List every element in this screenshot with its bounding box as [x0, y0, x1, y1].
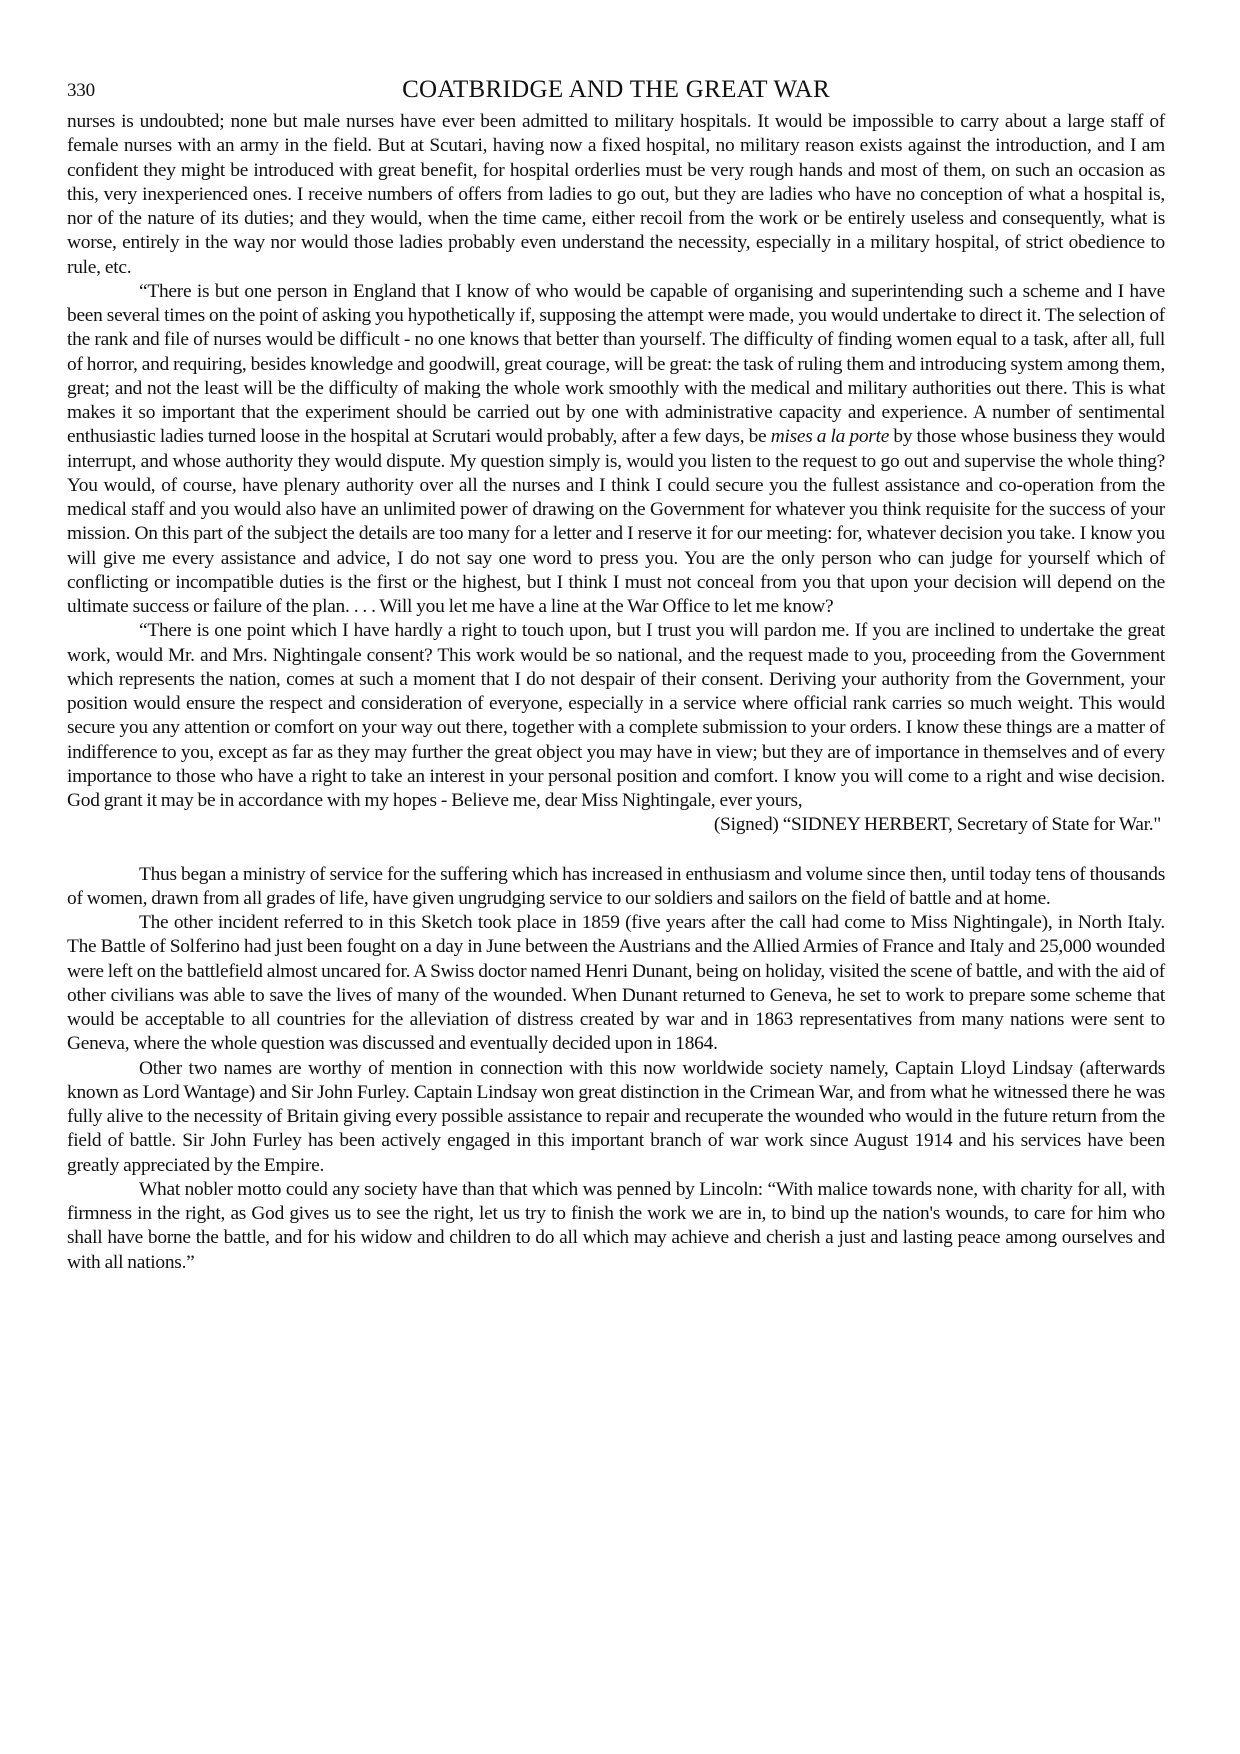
narrative-paragraph-3: Other two names are worthy of mention in… — [67, 1057, 1165, 1178]
italic-phrase: mises a la porte — [771, 426, 889, 447]
section-gap — [67, 838, 1165, 863]
letter-paragraph-1: nurses is undoubted; none but male nurse… — [67, 110, 1165, 280]
letter-paragraph-2: “There is but one person in England that… — [67, 280, 1165, 620]
body-text: nurses is undoubted; none but male nurse… — [67, 110, 1165, 1275]
letter-paragraph-2-part-1: “There is but one person in England that… — [67, 281, 1165, 448]
letter-paragraph-2-part-2: by those whose business they would inter… — [67, 426, 1165, 617]
narrative-paragraph-2: The other incident referred to in this S… — [67, 911, 1165, 1057]
narrative-paragraph-1: Thus began a ministry of service for the… — [67, 863, 1165, 912]
running-title: COATBRIDGE AND THE GREAT WAR — [67, 76, 1165, 104]
running-header: 330 COATBRIDGE AND THE GREAT WAR — [67, 76, 1165, 108]
narrative-paragraph-4: What nobler motto could any society have… — [67, 1178, 1165, 1275]
letter-signature: (Signed) “SIDNEY HERBERT, Secretary of S… — [67, 813, 1165, 837]
document-page: 330 COATBRIDGE AND THE GREAT WAR nurses … — [67, 76, 1165, 1275]
letter-paragraph-3: “There is one point which I have hardly … — [67, 619, 1165, 813]
